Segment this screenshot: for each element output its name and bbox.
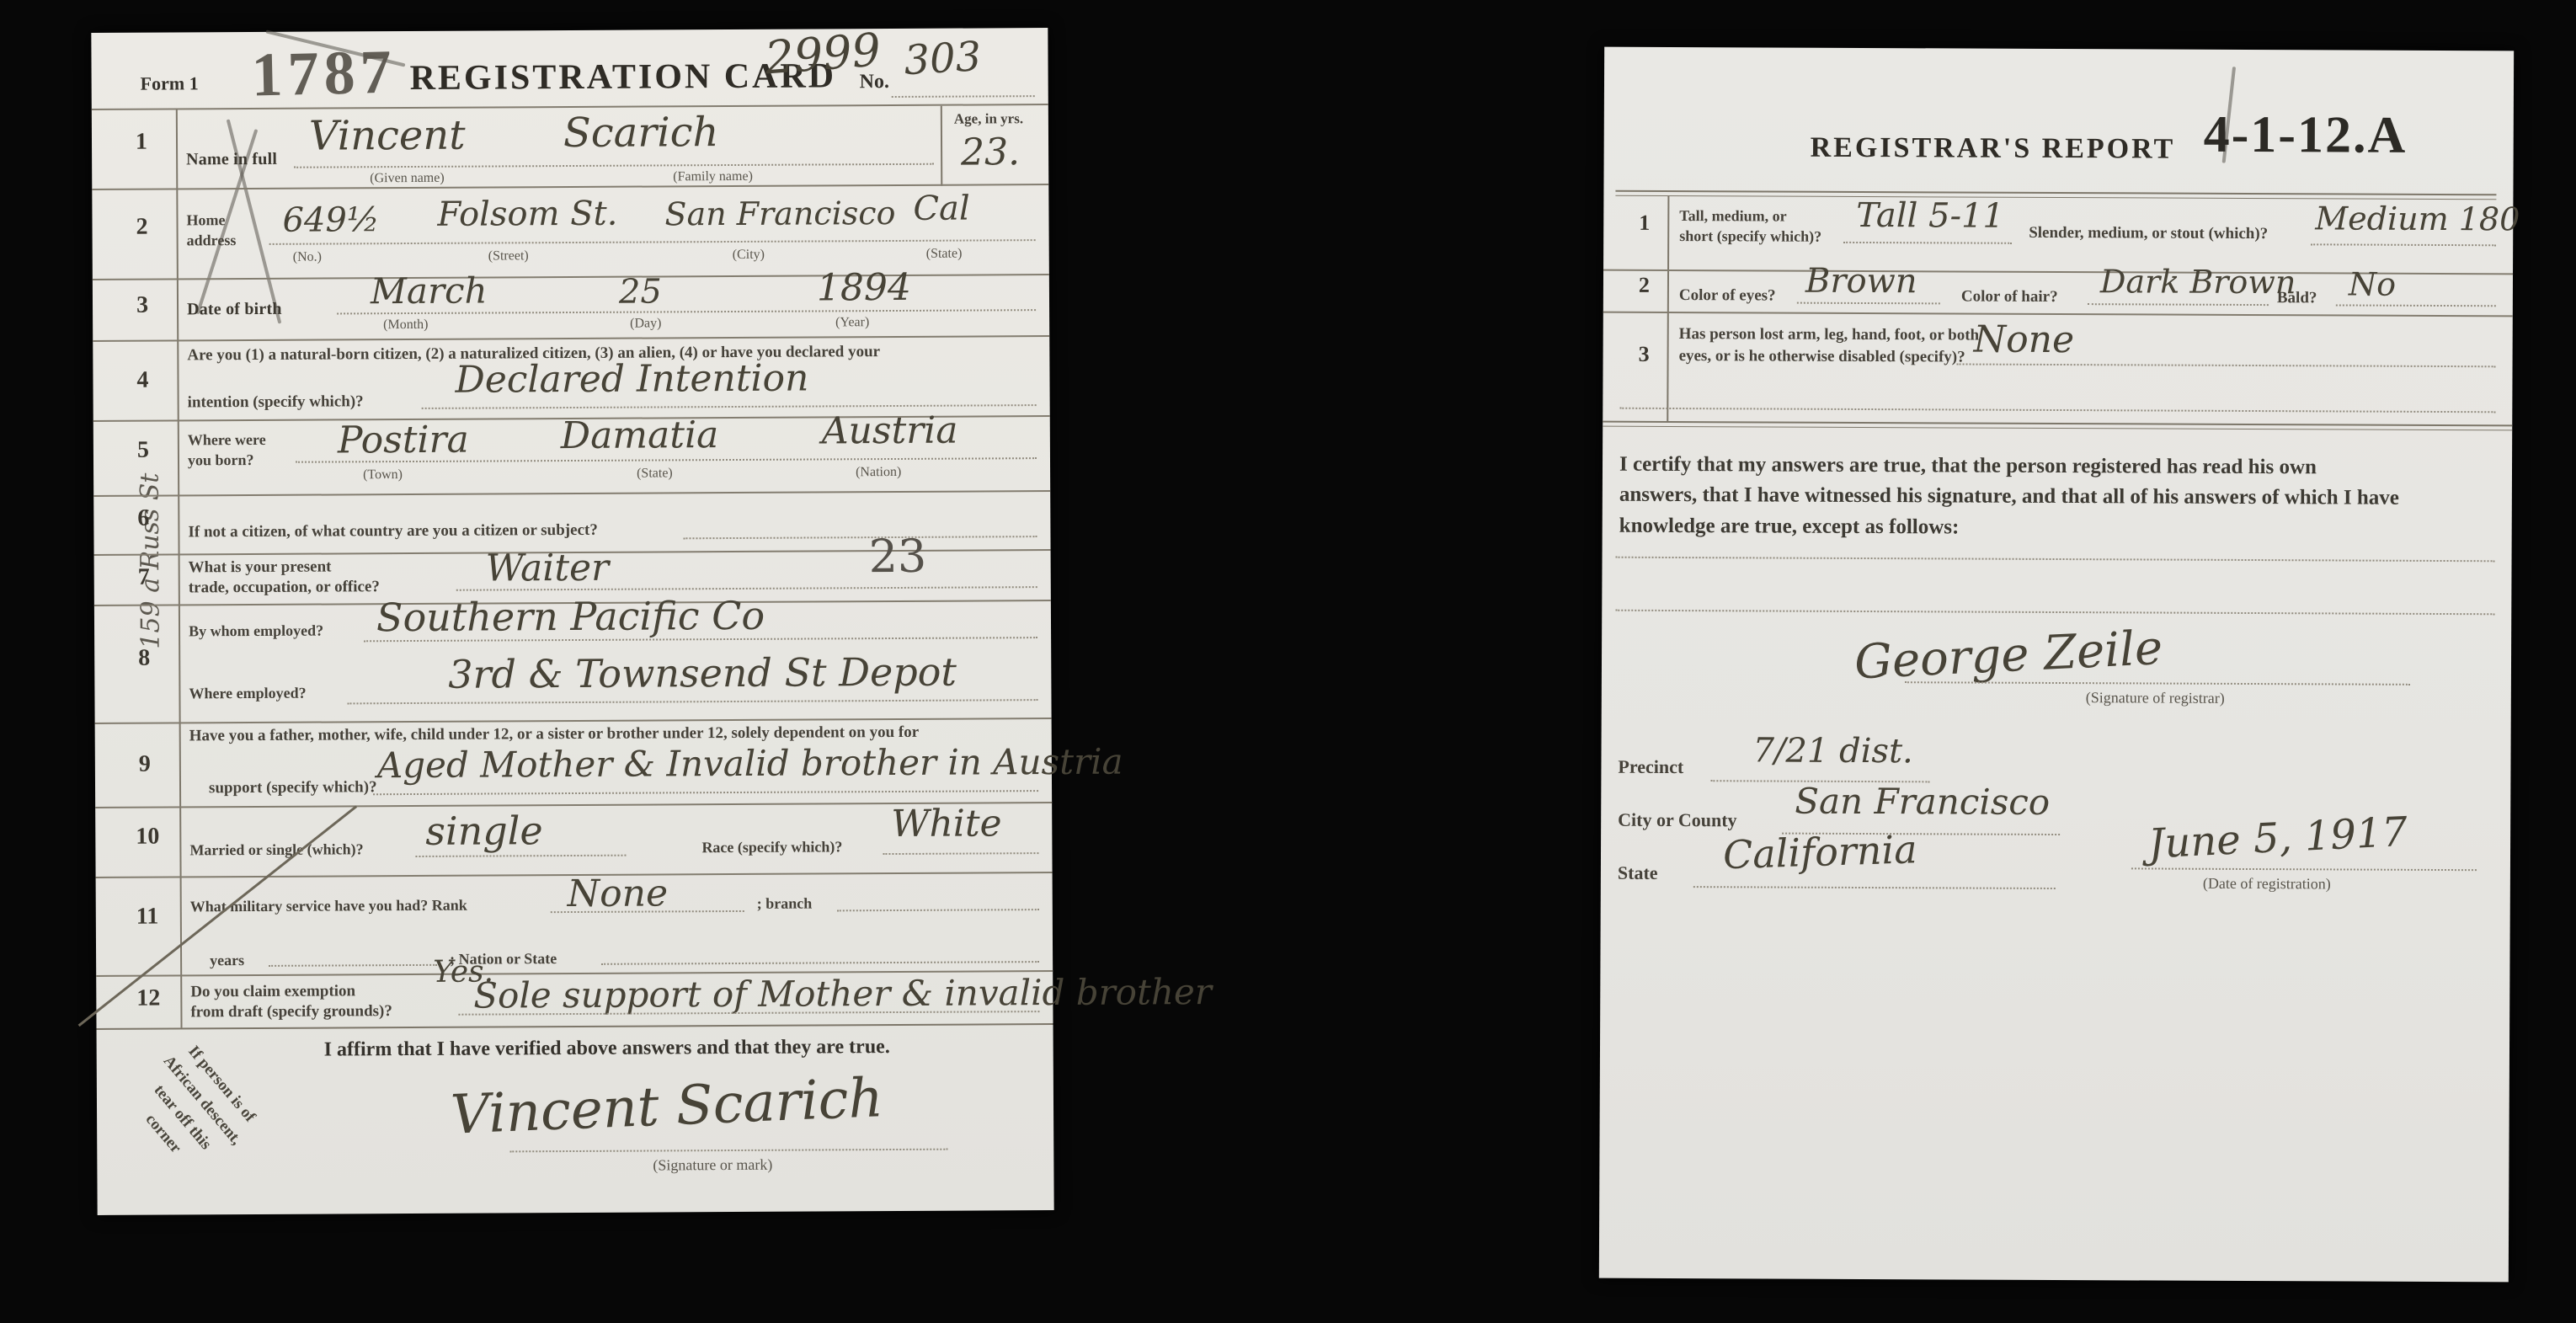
build-label3: Slender, medium, or stout (which)? [2029, 224, 2268, 243]
married-answer-line [415, 855, 626, 857]
town-caption: (Town) [363, 467, 403, 483]
subject-answer-line [683, 536, 1037, 539]
race-answer-line [883, 852, 1038, 855]
citizen-answer-value: Declared Intention [455, 357, 808, 402]
race-value: White [891, 802, 1002, 846]
born-label1: Where were [188, 431, 266, 449]
citizen-question-line2: intention (specify which)? [188, 392, 364, 412]
bald-answer-line [2336, 304, 2496, 307]
corner-notice: If person is of African descent, tear of… [101, 1015, 283, 1203]
certify-line2: answers, that I have witnessed his signa… [1619, 480, 2399, 514]
exception-line1 [1616, 557, 2495, 563]
eyes-label: Color of eyes? [1679, 286, 1776, 306]
years-label: years [210, 952, 244, 969]
row-number: 5 [137, 437, 149, 464]
height-answer-line [1843, 242, 2012, 244]
row-10: 10 Married or single (which)? single Rac… [95, 802, 1052, 878]
eyes-answer-line [1797, 302, 1940, 305]
state-label: State [1618, 862, 1658, 884]
row-number: 8 [138, 645, 150, 672]
report-row-3: 3 Has person lost arm, leg, hand, foot, … [1603, 312, 2513, 427]
header-dotted-line [892, 95, 1035, 98]
certification-paragraph: I certify that my answers are true, that… [1619, 450, 2399, 545]
home-address-label: Home [186, 211, 225, 229]
race-label: Race (specify which)? [701, 838, 842, 856]
height-value: Tall 5-11 [1856, 196, 2004, 236]
row-number: 2 [1639, 273, 1650, 298]
build-label2: short (specify which)? [1679, 227, 1821, 246]
trade-label2: trade, occupation, or office? [189, 578, 380, 597]
employer-value: Southern Pacific Co [376, 593, 765, 640]
exemption-value: Sole support of Mother & invalid brother [473, 971, 1212, 1016]
married-label: Married or single (which)? [189, 840, 363, 859]
city-county-label: City or County [1618, 809, 1737, 832]
report-stamp-code: 4-1-12.A [2204, 105, 2408, 166]
registration-card: Form 1 1787 REGISTRATION CARD 2999 No. 3… [91, 28, 1053, 1215]
report-row-2: 2 Color of eyes? Brown Color of hair? Da… [1603, 269, 2513, 317]
registrar-signature-caption: (Signature of registrar) [2086, 689, 2225, 707]
row-3: 3 Date of birth March 25 1894 (Month) (D… [93, 274, 1049, 342]
years-answer-line [269, 964, 437, 967]
report-row-1: 1 Tall, medium, or short (specify which)… [1603, 195, 2513, 274]
age-label: Age, in yrs. [954, 110, 1023, 127]
year-caption: (Year) [835, 315, 869, 330]
row-number: 7 [138, 564, 150, 591]
dependents-answer-line [373, 790, 1038, 795]
hair-value: Dark Brown [2100, 263, 2296, 301]
city-caption: (City) [733, 248, 765, 263]
name-answer-line [294, 163, 934, 168]
report-title: REGISTRAR'S REPORT [1811, 132, 2176, 166]
exemption-label2: from draft (specify grounds)? [190, 1002, 392, 1022]
age-box: Age, in yrs. 23. [941, 105, 1050, 186]
row-1: 1 Name in full Vincent Scarich (Given na… [92, 104, 1048, 190]
disability-answer-line [1957, 363, 2496, 367]
subject-question-label: If not a citizen, of what country are yo… [188, 521, 597, 542]
hair-answer-line [2088, 303, 2269, 306]
given-name-caption: (Given name) [370, 171, 444, 186]
disability-label1: Has person lost arm, leg, hand, foot, or… [1679, 325, 1980, 345]
employed-where-line [348, 699, 1038, 704]
family-name-caption: (Family name) [673, 169, 753, 184]
form-number-label: Form 1 [141, 72, 199, 94]
employed-where-value: 3rd & Townsend St Depot [448, 649, 957, 697]
name-label: Name in full [186, 150, 277, 170]
row-12: 12 Do you claim exemption from draft (sp… [96, 970, 1053, 1030]
bald-label: Bald? [2277, 289, 2317, 307]
registration-date-caption: (Date of registration) [2203, 875, 2331, 894]
branch-answer-line [837, 909, 1039, 911]
row-number: 9 [139, 751, 151, 778]
birth-day-value: 25 [619, 272, 662, 311]
registrar-signature-line [1905, 681, 2410, 686]
row3-extra-line [1619, 408, 2495, 413]
row-number: 3 [136, 292, 148, 319]
signature-caption: (Signature or mark) [653, 1156, 772, 1175]
family-name-value: Scarich [563, 109, 719, 157]
certify-line3: knowledge are true, except as follows: [1619, 510, 2399, 544]
build-label1: Tall, medium, or [1679, 207, 1786, 226]
born-state-value: Damatia [561, 413, 719, 457]
birth-month-value: March [371, 270, 488, 312]
row-11: 11 What military service have you had? R… [96, 872, 1053, 977]
disability-label2: eyes, or is he otherwise disabled (speci… [1679, 347, 1965, 366]
row-number: 1 [136, 129, 147, 156]
registrar-signature: George Zeile [1853, 621, 2164, 690]
bald-value: No [2349, 266, 2396, 303]
precinct-label: Precinct [1618, 756, 1683, 778]
row-5: 5 Where were you born? Postira Damatia A… [93, 415, 1050, 497]
dependents-value: Aged Mother & Invalid brother in Austria [377, 741, 1123, 787]
military-rank-value: None [568, 872, 669, 915]
address-city-value: San Francisco [664, 195, 895, 232]
row-number: 12 [136, 985, 160, 1012]
nation-caption: (Nation) [856, 465, 901, 480]
header-rule [1615, 190, 2496, 196]
address-no-value: 649½ [282, 200, 379, 240]
month-caption: (Month) [383, 317, 428, 333]
row-number: 3 [1639, 342, 1650, 367]
employer-label: By whom employed? [189, 622, 323, 641]
address-street-value: Folsom St. [437, 195, 617, 234]
signature-line [509, 1149, 947, 1153]
address-answer-line [269, 239, 1036, 245]
hair-label: Color of hair? [1961, 288, 2058, 307]
born-nation-value: Austria [822, 409, 958, 453]
row-number: 4 [136, 367, 148, 394]
row-number: 11 [136, 904, 159, 931]
precinct-value: 7/21 dist. [1752, 731, 1912, 771]
state-value: California [1722, 826, 1917, 878]
build-answer-line [2311, 243, 2496, 246]
report-table-bottom-rule2 [1603, 426, 2512, 431]
age-value: 23. [961, 131, 1020, 173]
trade-value: Waiter [486, 547, 610, 590]
row-number: 10 [136, 824, 159, 851]
row-number: 2 [136, 214, 147, 241]
no-caption: (No.) [293, 250, 322, 265]
build-value: Medium 180 [2315, 200, 2520, 237]
married-value: single [425, 808, 543, 854]
dependents-question-line2: support (specify which)? [209, 778, 377, 798]
day-caption: (Day) [630, 316, 661, 331]
registrant-signature: Vincent Scarich [450, 1067, 884, 1147]
row-9: 9 Have you a father, mother, wife, child… [95, 718, 1053, 808]
no-label: No. [860, 71, 889, 93]
state-caption: (State) [926, 247, 963, 262]
home-address-label2: address [187, 232, 237, 249]
row-8: 8 By whom employed? Southern Pacific Co … [94, 600, 1052, 724]
given-name-value: Vincent [309, 112, 466, 160]
nation-state-answer-line [601, 961, 1039, 965]
registration-date-line [2131, 867, 2477, 871]
employed-where-label: Where employed? [189, 685, 306, 703]
trade-label1: What is your present [189, 557, 332, 577]
registration-date-value: June 5, 1917 [2147, 808, 2408, 868]
disability-value: None [1974, 318, 2075, 362]
row-number: 1 [1639, 211, 1650, 236]
affirmation-text: I affirm that I have verified above answ… [324, 1036, 890, 1062]
street-caption: (Street) [488, 248, 529, 264]
no-value: 303 [903, 33, 983, 84]
trade-extra-number: 23 [868, 530, 926, 583]
registrars-report-card: REGISTRAR'S REPORT 4-1-12.A 1 Tall, medi… [1599, 47, 2514, 1283]
certify-line1: I certify that my answers are true, that… [1619, 450, 2399, 483]
city-county-value: San Francisco [1795, 781, 2050, 823]
state-line [1693, 886, 2056, 889]
branch-label: ; branch [757, 895, 813, 913]
born-town-value: Postira [338, 419, 469, 462]
scan-background: Form 1 1787 REGISTRATION CARD 2999 No. 3… [0, 0, 2576, 1323]
birth-year-value: 1894 [817, 266, 911, 310]
exemption-label1: Do you claim exemption [190, 982, 355, 1001]
state-caption: (State) [637, 466, 673, 481]
exception-line2 [1615, 610, 2494, 616]
eyes-value: Brown [1805, 262, 1917, 301]
stamp-serial-number: 1787 [251, 37, 397, 112]
row-number: 6 [137, 505, 149, 532]
address-state-value: Cal [913, 189, 969, 228]
born-label2: you born? [188, 451, 254, 469]
date-of-birth-label: Date of birth [187, 300, 282, 320]
